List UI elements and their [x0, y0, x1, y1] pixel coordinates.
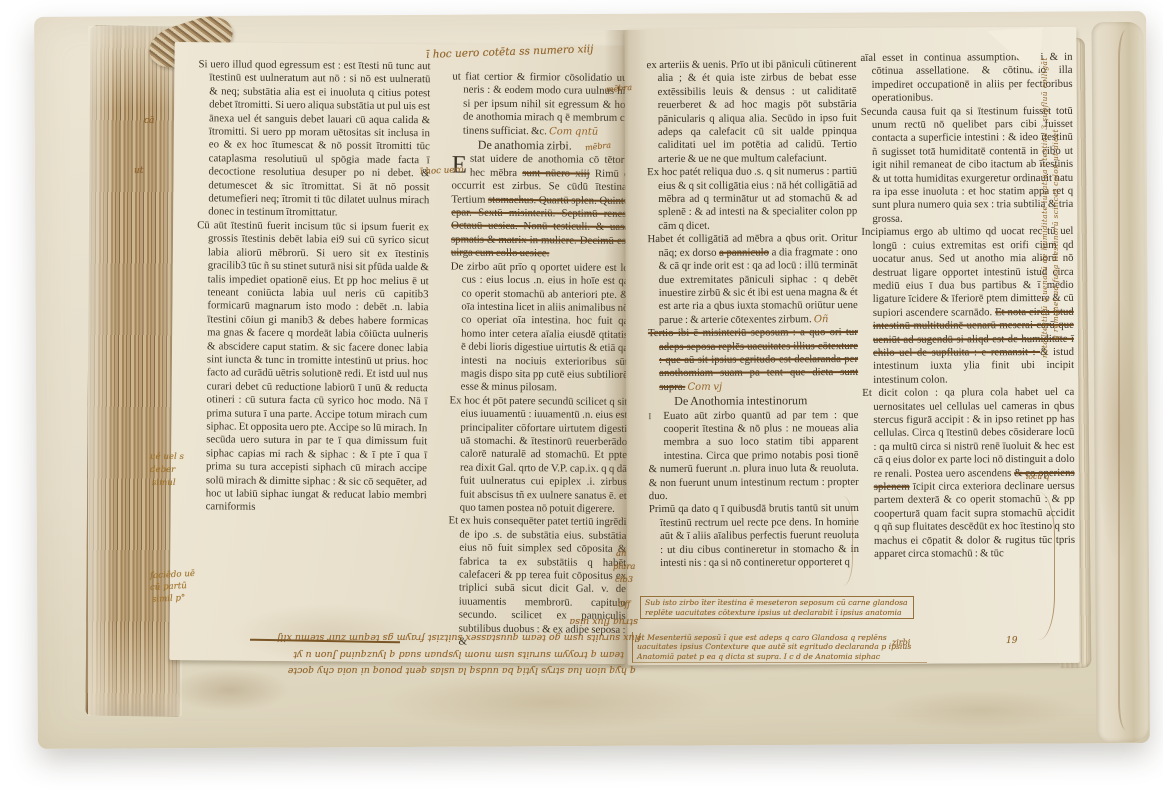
- left-page-column-1: Si uero illud quod egressum est : est īt…: [195, 58, 431, 516]
- book-photograph: Si uero illud quod egressum est : est īt…: [0, 0, 1163, 800]
- inverted-annotation-line-1: strua flux uisa: [330, 616, 638, 627]
- marginal-note-faciendo-2: cū partū: [150, 581, 187, 593]
- printed-text: Euato aūt zirbo quantū ad par tem : que …: [649, 409, 859, 503]
- struck-text: sunt nūero xiij: [522, 167, 590, 180]
- inline-annotation: Com qntū: [549, 126, 598, 137]
- marginal-note-cib: cib3: [615, 574, 633, 584]
- gutter-shadow: [604, 30, 648, 668]
- inverted-annotation-line-3: team q troyym suruits usm nuom lyspuan s…: [194, 649, 624, 660]
- left-page-column-2: ut fiat certior & firmior cōsolidatio uu…: [447, 70, 630, 650]
- marginal-note-red-3: simul: [152, 478, 176, 488]
- right-page-column-1: ex arteriis & uenis. Prīo ut ibi pānicul…: [646, 58, 859, 571]
- inverted-annotation-line-4: q hyq uion lua strys lytiq ba uudsq la u…: [184, 665, 636, 676]
- printed-paragraph: Et ex huis consequēter patet tertiū ingr…: [447, 515, 626, 651]
- boxed-annotation-2: et Mesenteriū seposū ī que est adeps q c…: [632, 632, 927, 663]
- printed-paragraph: Cū aūt ītestinū fuerit incisum tūc si ip…: [195, 219, 430, 516]
- printed-paragraph: De zirbo aūt prīo q oportet uidere est l…: [450, 260, 629, 396]
- marginal-note-ca: cā: [144, 116, 154, 126]
- marginal-note-off: Off: [618, 600, 630, 609]
- printed-paragraph: Ex hoc patét reliqua duo .s. q sit numer…: [647, 165, 857, 233]
- printed-text: Et dicit colon : qa plura cola habet uel…: [862, 386, 1074, 479]
- vertical-margin-note-1: nota ītestinū q uenarū de humiditate iuu…: [1040, 58, 1049, 358]
- printed-paragraph: IEuato aūt zirbo quantū ad par tem : que…: [648, 409, 858, 504]
- inverted-annotation-line-2: flux suruits usm go team quustassex suit…: [185, 632, 641, 643]
- guide-letter: I: [648, 411, 651, 421]
- printed-paragraph: Tertio ibi ē misinteriū seposum : a quo …: [648, 326, 858, 394]
- chapter-heading: De Anothomia intestinorum: [648, 394, 858, 409]
- printed-paragraph: Si uero illud quod egressum est : est īt…: [197, 58, 430, 221]
- printed-paragraph: Estat uidere de anothomia cō tētorū hec …: [451, 153, 630, 262]
- printed-paragraph: ex arteriis & uenis. Prīo ut ibi pānicul…: [646, 58, 857, 166]
- initial-guide-space: I: [648, 410, 663, 463]
- marginal-note-locu: locū q: [1026, 472, 1049, 481]
- marginal-note-zirbi: zirbi: [892, 638, 910, 647]
- struck-text: a panniculo: [719, 246, 769, 258]
- marginal-note-ut: ut: [134, 166, 143, 176]
- marginal-note-red-1: uē uel s: [150, 452, 184, 462]
- boxed-annotation-1: Sub isto zirbo īter ītestina ē meseteron…: [640, 596, 914, 619]
- cover-crease-line: [1118, 30, 1134, 730]
- marginal-note-an: añ: [616, 548, 626, 558]
- printed-paragraph: Primū qa dato q ī quibusdā brutis tantū …: [649, 502, 859, 570]
- marginal-note-red-2: deber: [150, 465, 175, 475]
- marginal-note-plura: plura: [613, 561, 635, 571]
- left-page: Si uero illud quod egressum est : est īt…: [169, 42, 630, 664]
- struck-text: Tertio ibi ē misinteriū seposum : a quo …: [648, 326, 858, 393]
- inline-annotation: Oñ: [814, 314, 829, 325]
- printed-paragraph: Ex hoc ét pōt patere secundū scilicet q …: [449, 394, 628, 516]
- folio-mark: 19: [1006, 636, 1017, 646]
- ink-bracket-small: [836, 496, 853, 586]
- ink-bracket: [1028, 492, 1055, 640]
- deckle-highlight: [88, 26, 182, 716]
- printed-paragraph: Habet ét colligātiā ad mēbra a qbus orit…: [647, 232, 857, 327]
- vertical-margin-note-2: q remanet ad fuga ītestinorū scilicet co…: [1051, 80, 1060, 340]
- marginal-note-faciendo-3: simil p°: [152, 593, 186, 605]
- inline-annotation: Com vj: [687, 381, 722, 392]
